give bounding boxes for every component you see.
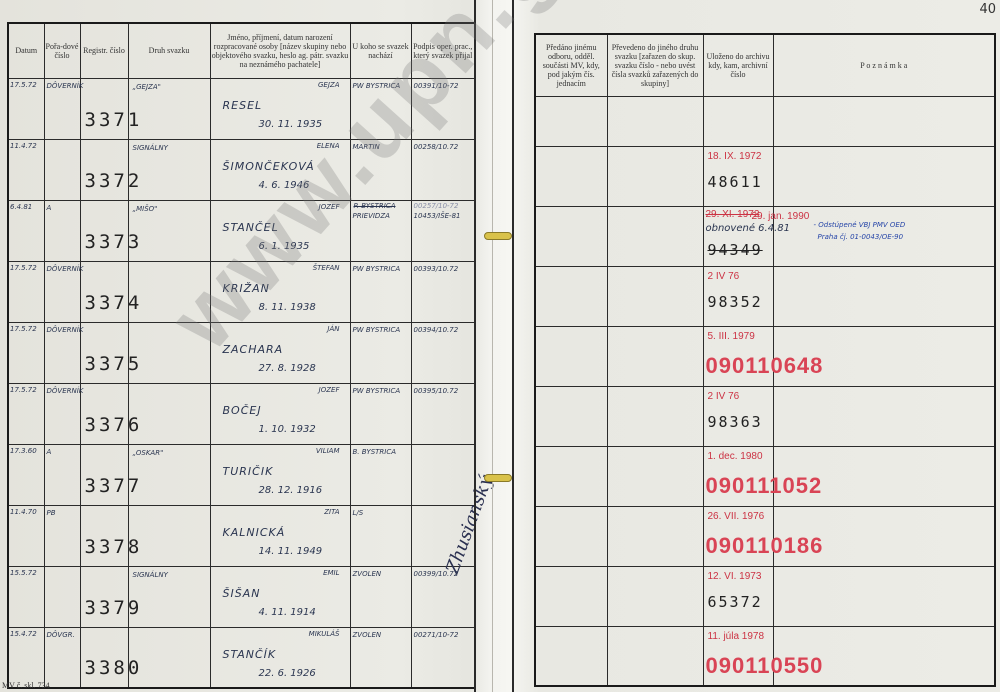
- entry-order: DÔVERNÍK: [47, 387, 84, 395]
- header-predano: Předáno jinému odboru, odděl. součásti M…: [535, 34, 607, 96]
- cell-type: SIGNÁLNY: [128, 566, 210, 627]
- cell-signature: 00395/10.72: [411, 383, 475, 444]
- register-row: 6.4.81A3373„MIŠO"JOZEFSTANČEL6. 1. 1935P…: [8, 200, 475, 261]
- file-type: „MIŠO": [133, 205, 158, 213]
- cell-date: 15.4.72: [8, 627, 44, 688]
- left-page: Datum Pořa-dové číslo Registr. číslo Dru…: [0, 0, 478, 692]
- cell-archived: 18. IX. 197248611: [703, 146, 773, 206]
- file-location: PW BYSTRICA: [353, 265, 401, 273]
- file-type: „GEJZA": [133, 83, 161, 91]
- register-row: 15.5.723379SIGNÁLNYEMILŠIŠAN4. 11. 1914Z…: [8, 566, 475, 627]
- archive-number: 65372: [708, 593, 763, 611]
- birth-date: 30. 11. 1935: [259, 119, 323, 130]
- cell-reg: 3379: [80, 566, 128, 627]
- surname: STANČEL: [223, 221, 279, 234]
- note-line-2: Praha čj. 01-0043/OE-90: [818, 233, 904, 241]
- first-name: EMIL: [323, 569, 339, 577]
- birth-date: 6. 1. 1935: [259, 241, 310, 252]
- cell-converted: [607, 386, 703, 446]
- cell-note: [773, 506, 995, 566]
- cell-converted: [607, 206, 703, 266]
- cell-reg: 3374: [80, 261, 128, 322]
- cell-order: DÔVERNÍK: [44, 261, 80, 322]
- header-druh-svazku: Druh svazku: [128, 23, 210, 78]
- cell-date: 17.5.72: [8, 383, 44, 444]
- birth-date: 1. 10. 1932: [259, 424, 316, 435]
- cell-date: 17.5.72: [8, 78, 44, 139]
- cell-order: DÔVERNÍK: [44, 322, 80, 383]
- cell-note: [773, 326, 995, 386]
- cell-type: [128, 383, 210, 444]
- file-reference-number: 00393/10.72: [414, 265, 459, 273]
- cell-date: 6.4.81: [8, 200, 44, 261]
- file-reference-number: 00391/10-72: [414, 82, 459, 90]
- cell-location: PW BYSTRICA: [350, 322, 411, 383]
- register-row: 12. VI. 197365372: [535, 566, 995, 626]
- first-name: JOZEF: [319, 386, 340, 394]
- cell-note: [773, 626, 995, 686]
- file-location: B. BYSTRICA: [353, 448, 397, 456]
- register-row: 15.4.72DÔVGR.3380MIKULÁŠSTANČÍK22. 6. 19…: [8, 627, 475, 688]
- cell-archived: 11. júla 1978090110550: [703, 626, 773, 686]
- cell-order: DÔVERNÍK: [44, 383, 80, 444]
- archive-date-stamp: 5. III. 1979: [708, 331, 755, 342]
- register-row: 17.5.72DÔVERNÍK3376JOZEFBOČEJ1. 10. 1932…: [8, 383, 475, 444]
- cell-order: A: [44, 444, 80, 505]
- cell-signature: [411, 444, 475, 505]
- cell-signature: 00399/10.72: [411, 566, 475, 627]
- archive-number: 48611: [708, 173, 763, 191]
- center-fold: [492, 0, 493, 692]
- header-poradove-cislo: Pořa-dové číslo: [44, 23, 80, 78]
- cell-reg: 3377: [80, 444, 128, 505]
- register-row: [535, 96, 995, 146]
- birth-date: 28. 12. 1916: [259, 485, 323, 496]
- surname: ŠIMONČEKOVÁ: [223, 160, 315, 173]
- cell-type: [128, 627, 210, 688]
- cell-date: 17.3.60: [8, 444, 44, 505]
- file-location: MARTIN: [353, 143, 380, 151]
- entry-order: PB: [47, 509, 56, 517]
- entry-order: DÔVERNÍK: [47, 265, 84, 273]
- cell-signature: Zhusianský: [411, 505, 475, 566]
- cell-archived: 5. III. 1979090110648: [703, 326, 773, 386]
- entry-date: 17.5.72: [10, 325, 37, 333]
- cell-archived: [703, 96, 773, 146]
- birth-date: 8. 11. 1938: [259, 302, 316, 313]
- cell-note: [773, 386, 995, 446]
- header-prevedeno: Převedeno do jiného druhu svazku [zařaze…: [607, 34, 703, 96]
- cell-order: A: [44, 200, 80, 261]
- file-location: L/S: [353, 509, 364, 517]
- right-page: 40 Předáno jinému odboru, odděl. součást…: [520, 0, 1000, 692]
- file-location: ZVOLEN: [353, 631, 382, 639]
- cell-person: ZITAKALNICKÁ14. 11. 1949: [210, 505, 350, 566]
- signature-struck: 00257/10-72: [414, 202, 459, 210]
- register-row: 17.5.72DÔVERNÍK3374ŠTEFANKRIŽAN8. 11. 19…: [8, 261, 475, 322]
- entry-order: A: [47, 204, 52, 212]
- file-type: SIGNÁLNY: [133, 144, 168, 152]
- first-name: VILIAM: [316, 447, 340, 455]
- archive-date-stamp: 11. júla 1978: [708, 631, 765, 642]
- cell-type: „MIŠO": [128, 200, 210, 261]
- file-reference-number: 00399/10.72: [414, 570, 459, 578]
- archive-date-stamp: 18. IX. 1972: [708, 151, 762, 162]
- left-page-edge: [474, 0, 476, 692]
- cell-note: [773, 146, 995, 206]
- file-type: „OSKAR": [133, 449, 164, 457]
- archive-date-stamp: 12. VI. 1973: [708, 571, 762, 582]
- entry-date: 15.5.72: [10, 569, 37, 577]
- first-name: MIKULÁŠ: [309, 630, 340, 638]
- file-reference-number: 00395/10.72: [414, 387, 459, 395]
- register-row: 1. dec. 1980090111052: [535, 446, 995, 506]
- first-name: ŠTEFAN: [313, 264, 340, 272]
- file-location: PW BYSTRICA: [353, 326, 401, 334]
- entry-order: DÔVGR.: [47, 631, 75, 639]
- cell-location: B. BYSTRICA: [350, 444, 411, 505]
- header-registr-cislo: Registr. číslo: [80, 23, 128, 78]
- surname: ZACHARA: [223, 343, 284, 356]
- cell-person: EMILŠIŠAN4. 11. 1914: [210, 566, 350, 627]
- surname: ŠIŠAN: [223, 587, 261, 600]
- cell-transferred: [535, 566, 607, 626]
- cell-transferred: [535, 626, 607, 686]
- register-row: 11.4.70PB3378ZITAKALNICKÁ14. 11. 1949L/S…: [8, 505, 475, 566]
- cell-type: [128, 322, 210, 383]
- entry-date: 17.3.60: [10, 447, 37, 455]
- cell-transferred: [535, 326, 607, 386]
- cell-order: DÔVGR.: [44, 627, 80, 688]
- birth-date: 22. 6. 1926: [259, 668, 316, 679]
- cell-converted: [607, 566, 703, 626]
- cell-signature: 00391/10-72: [411, 78, 475, 139]
- cell-person: JOZEFBOČEJ1. 10. 1932: [210, 383, 350, 444]
- cell-location: PW BYSTRICA: [350, 383, 411, 444]
- header-datum: Datum: [8, 23, 44, 78]
- cell-person: VILIAMTURIČIK28. 12. 1916: [210, 444, 350, 505]
- cell-signature: 00258/10.72: [411, 139, 475, 200]
- cell-converted: [607, 626, 703, 686]
- entry-date: 11.4.72: [10, 142, 37, 150]
- cell-person: JÁNZACHARA27. 8. 1928: [210, 322, 350, 383]
- birth-date: 4. 6. 1946: [259, 180, 310, 191]
- form-code: MV č. skl. 734: [2, 681, 50, 690]
- cell-transferred: [535, 96, 607, 146]
- entry-date: 6.4.81: [10, 203, 32, 211]
- cell-converted: [607, 266, 703, 326]
- cell-note: [773, 266, 995, 326]
- entry-order: A: [47, 448, 52, 456]
- cell-date: 17.5.72: [8, 322, 44, 383]
- cell-transferred: [535, 446, 607, 506]
- surname: KRIŽAN: [223, 282, 270, 295]
- first-name: JÁN: [327, 325, 339, 333]
- register-row: 29. XI. 1972obnovené 6.4.8129. jan. 1990…: [535, 206, 995, 266]
- cell-order: [44, 566, 80, 627]
- entry-date: 17.5.72: [10, 386, 37, 394]
- register-row: 2 IV 7698352: [535, 266, 995, 326]
- cell-archived: 29. XI. 1972obnovené 6.4.8129. jan. 1990…: [703, 206, 773, 266]
- file-location: PW BYSTRICA: [353, 387, 401, 395]
- file-reference-number: 00394/10.72: [414, 326, 459, 334]
- header-row: Datum Pořa-dové číslo Registr. číslo Dru…: [8, 23, 475, 78]
- ledger-spread: Datum Pořa-dové číslo Registr. číslo Dru…: [0, 0, 1000, 692]
- cell-converted: [607, 506, 703, 566]
- register-row: 5. III. 1979090110648: [535, 326, 995, 386]
- header-row: Předáno jinému odboru, odděl. součásti M…: [535, 34, 995, 96]
- surname: STANČÍK: [223, 648, 277, 661]
- file-reference-number: 00271/10-72: [414, 631, 459, 639]
- cell-type: „OSKAR": [128, 444, 210, 505]
- cell-archived: 12. VI. 197365372: [703, 566, 773, 626]
- cell-signature: 00271/10-72: [411, 627, 475, 688]
- first-name: ZITA: [324, 508, 339, 516]
- archive-date-stamp: 2 IV 76: [708, 391, 740, 402]
- file-type: SIGNÁLNY: [133, 571, 168, 579]
- first-name: GEJZA: [318, 81, 340, 89]
- header-poznamka: P o z n á m k a: [773, 34, 995, 96]
- first-name: JOZEF: [319, 203, 340, 211]
- cell-date: 17.5.72: [8, 261, 44, 322]
- entry-order: DÔVERNÍK: [47, 326, 84, 334]
- register-row: 17.5.72DÔVERNÍK3375JÁNZACHARA27. 8. 1928…: [8, 322, 475, 383]
- cell-archived: 26. VII. 1976090110186: [703, 506, 773, 566]
- register-row: 17.5.72DÔVERNÍK3371„GEJZA"GEJZARESEL30. …: [8, 78, 475, 139]
- cell-transferred: [535, 506, 607, 566]
- entry-order: DÔVERNÍK: [47, 82, 84, 90]
- file-location: ZVOLEN: [353, 570, 382, 578]
- cell-order: PB: [44, 505, 80, 566]
- cell-date: 11.4.72: [8, 139, 44, 200]
- file-location: PW BYSTRICA: [353, 82, 401, 90]
- cell-note: [773, 566, 995, 626]
- file-reference-number: 00258/10.72: [414, 143, 459, 151]
- cell-type: „GEJZA": [128, 78, 210, 139]
- note-line-1: - Odstúpené VBJ PMV OED: [814, 221, 906, 229]
- entry-date: 11.4.70: [10, 508, 37, 516]
- header-u-koho: U koho se svazek nachází: [350, 23, 411, 78]
- cell-converted: [607, 446, 703, 506]
- archive-date-stamp: 26. VII. 1976: [708, 511, 765, 522]
- cell-reg: 3373: [80, 200, 128, 261]
- cell-location: ZVOLEN: [350, 566, 411, 627]
- location-struck: P. BYSTRICA: [354, 202, 396, 210]
- cell-transferred: [535, 206, 607, 266]
- file-location: PRIEVIDZA: [353, 212, 390, 220]
- archive-date-stamp: 1. dec. 1980: [708, 451, 763, 462]
- cell-location: MARTIN: [350, 139, 411, 200]
- cell-location: ZVOLEN: [350, 627, 411, 688]
- header-podpis: Podpis oper. prac., který svazek přijal: [411, 23, 475, 78]
- surname: KALNICKÁ: [223, 526, 286, 539]
- register-row: 11. júla 1978090110550: [535, 626, 995, 686]
- left-register-table: Datum Pořa-dové číslo Registr. číslo Dru…: [7, 22, 476, 689]
- cell-reg: 3371: [80, 78, 128, 139]
- cell-converted: [607, 326, 703, 386]
- cell-type: SIGNÁLNY: [128, 139, 210, 200]
- entry-date: 17.5.72: [10, 81, 37, 89]
- register-row: 17.3.60A3377„OSKAR"VILIAMTURIČIK28. 12. …: [8, 444, 475, 505]
- cell-location: L/S: [350, 505, 411, 566]
- entry-date: 15.4.72: [10, 630, 37, 638]
- cell-signature: 00257/10-7210453/IŠE-81: [411, 200, 475, 261]
- surname: TURIČIK: [223, 465, 274, 478]
- birth-date: 14. 11. 1949: [259, 546, 323, 557]
- cell-reg: 3380: [80, 627, 128, 688]
- cell-transferred: [535, 266, 607, 326]
- cell-note: [773, 446, 995, 506]
- cell-person: ELENAŠIMONČEKOVÁ4. 6. 1946: [210, 139, 350, 200]
- cell-reg: 3376: [80, 383, 128, 444]
- cell-archived: 2 IV 7698352: [703, 266, 773, 326]
- birth-date: 4. 11. 1914: [259, 607, 316, 618]
- right-page-edge: [512, 0, 514, 692]
- register-row: 18. IX. 197248611: [535, 146, 995, 206]
- cell-transferred: [535, 146, 607, 206]
- register-row: 11.4.723372SIGNÁLNYELENAŠIMONČEKOVÁ4. 6.…: [8, 139, 475, 200]
- archive-number: 94349: [708, 241, 763, 259]
- cell-date: 15.5.72: [8, 566, 44, 627]
- binding-stitch-bottom: [484, 474, 512, 482]
- cell-location: PW BYSTRICA: [350, 261, 411, 322]
- cell-converted: [607, 146, 703, 206]
- archive-number: 98352: [708, 293, 763, 311]
- file-reference-number: 10453/IŠE-81: [414, 212, 461, 220]
- cell-signature: 00394/10.72: [411, 322, 475, 383]
- entry-date: 17.5.72: [10, 264, 37, 272]
- cell-location: P. BYSTRICAPRIEVIDZA: [350, 200, 411, 261]
- cell-type: [128, 505, 210, 566]
- page-number: 40: [979, 2, 996, 17]
- birth-date: 27. 8. 1928: [259, 363, 316, 374]
- cell-transferred: [535, 386, 607, 446]
- cell-person: GEJZARESEL30. 11. 1935: [210, 78, 350, 139]
- cell-reg: 3378: [80, 505, 128, 566]
- right-register-table: Předáno jinému odboru, odděl. součásti M…: [534, 33, 996, 687]
- cell-reg: 3375: [80, 322, 128, 383]
- cell-archived: 2 IV 7698363: [703, 386, 773, 446]
- cell-order: DÔVERNÍK: [44, 78, 80, 139]
- cell-converted: [607, 96, 703, 146]
- cell-note: - Odstúpené VBJ PMV OEDPraha čj. 01-0043…: [773, 206, 995, 266]
- cell-note: [773, 96, 995, 146]
- header-jmeno: Jméno, příjmení, datum narození rozpraco…: [210, 23, 350, 78]
- surname: RESEL: [223, 99, 263, 112]
- header-ulozeno: Uloženo do archivu kdy, kam, archivní čí…: [703, 34, 773, 96]
- cell-date: 11.4.70: [8, 505, 44, 566]
- binding-stitch-top: [484, 232, 512, 240]
- archive-number: 98363: [708, 413, 763, 431]
- surname: BOČEJ: [223, 404, 262, 417]
- archive-date-stamp: 2 IV 76: [708, 271, 740, 282]
- cell-signature: 00393/10.72: [411, 261, 475, 322]
- cell-reg: 3372: [80, 139, 128, 200]
- first-name: ELENA: [317, 142, 340, 150]
- register-row: 26. VII. 1976090110186: [535, 506, 995, 566]
- cell-archived: 1. dec. 1980090111052: [703, 446, 773, 506]
- cell-person: ŠTEFANKRIŽAN8. 11. 1938: [210, 261, 350, 322]
- cell-type: [128, 261, 210, 322]
- cell-person: MIKULÁŠSTANČÍK22. 6. 1926: [210, 627, 350, 688]
- binding-gutter: [472, 0, 522, 692]
- register-row: 2 IV 7698363: [535, 386, 995, 446]
- cell-person: JOZEFSTANČEL6. 1. 1935: [210, 200, 350, 261]
- cell-order: [44, 139, 80, 200]
- cell-location: PW BYSTRICA: [350, 78, 411, 139]
